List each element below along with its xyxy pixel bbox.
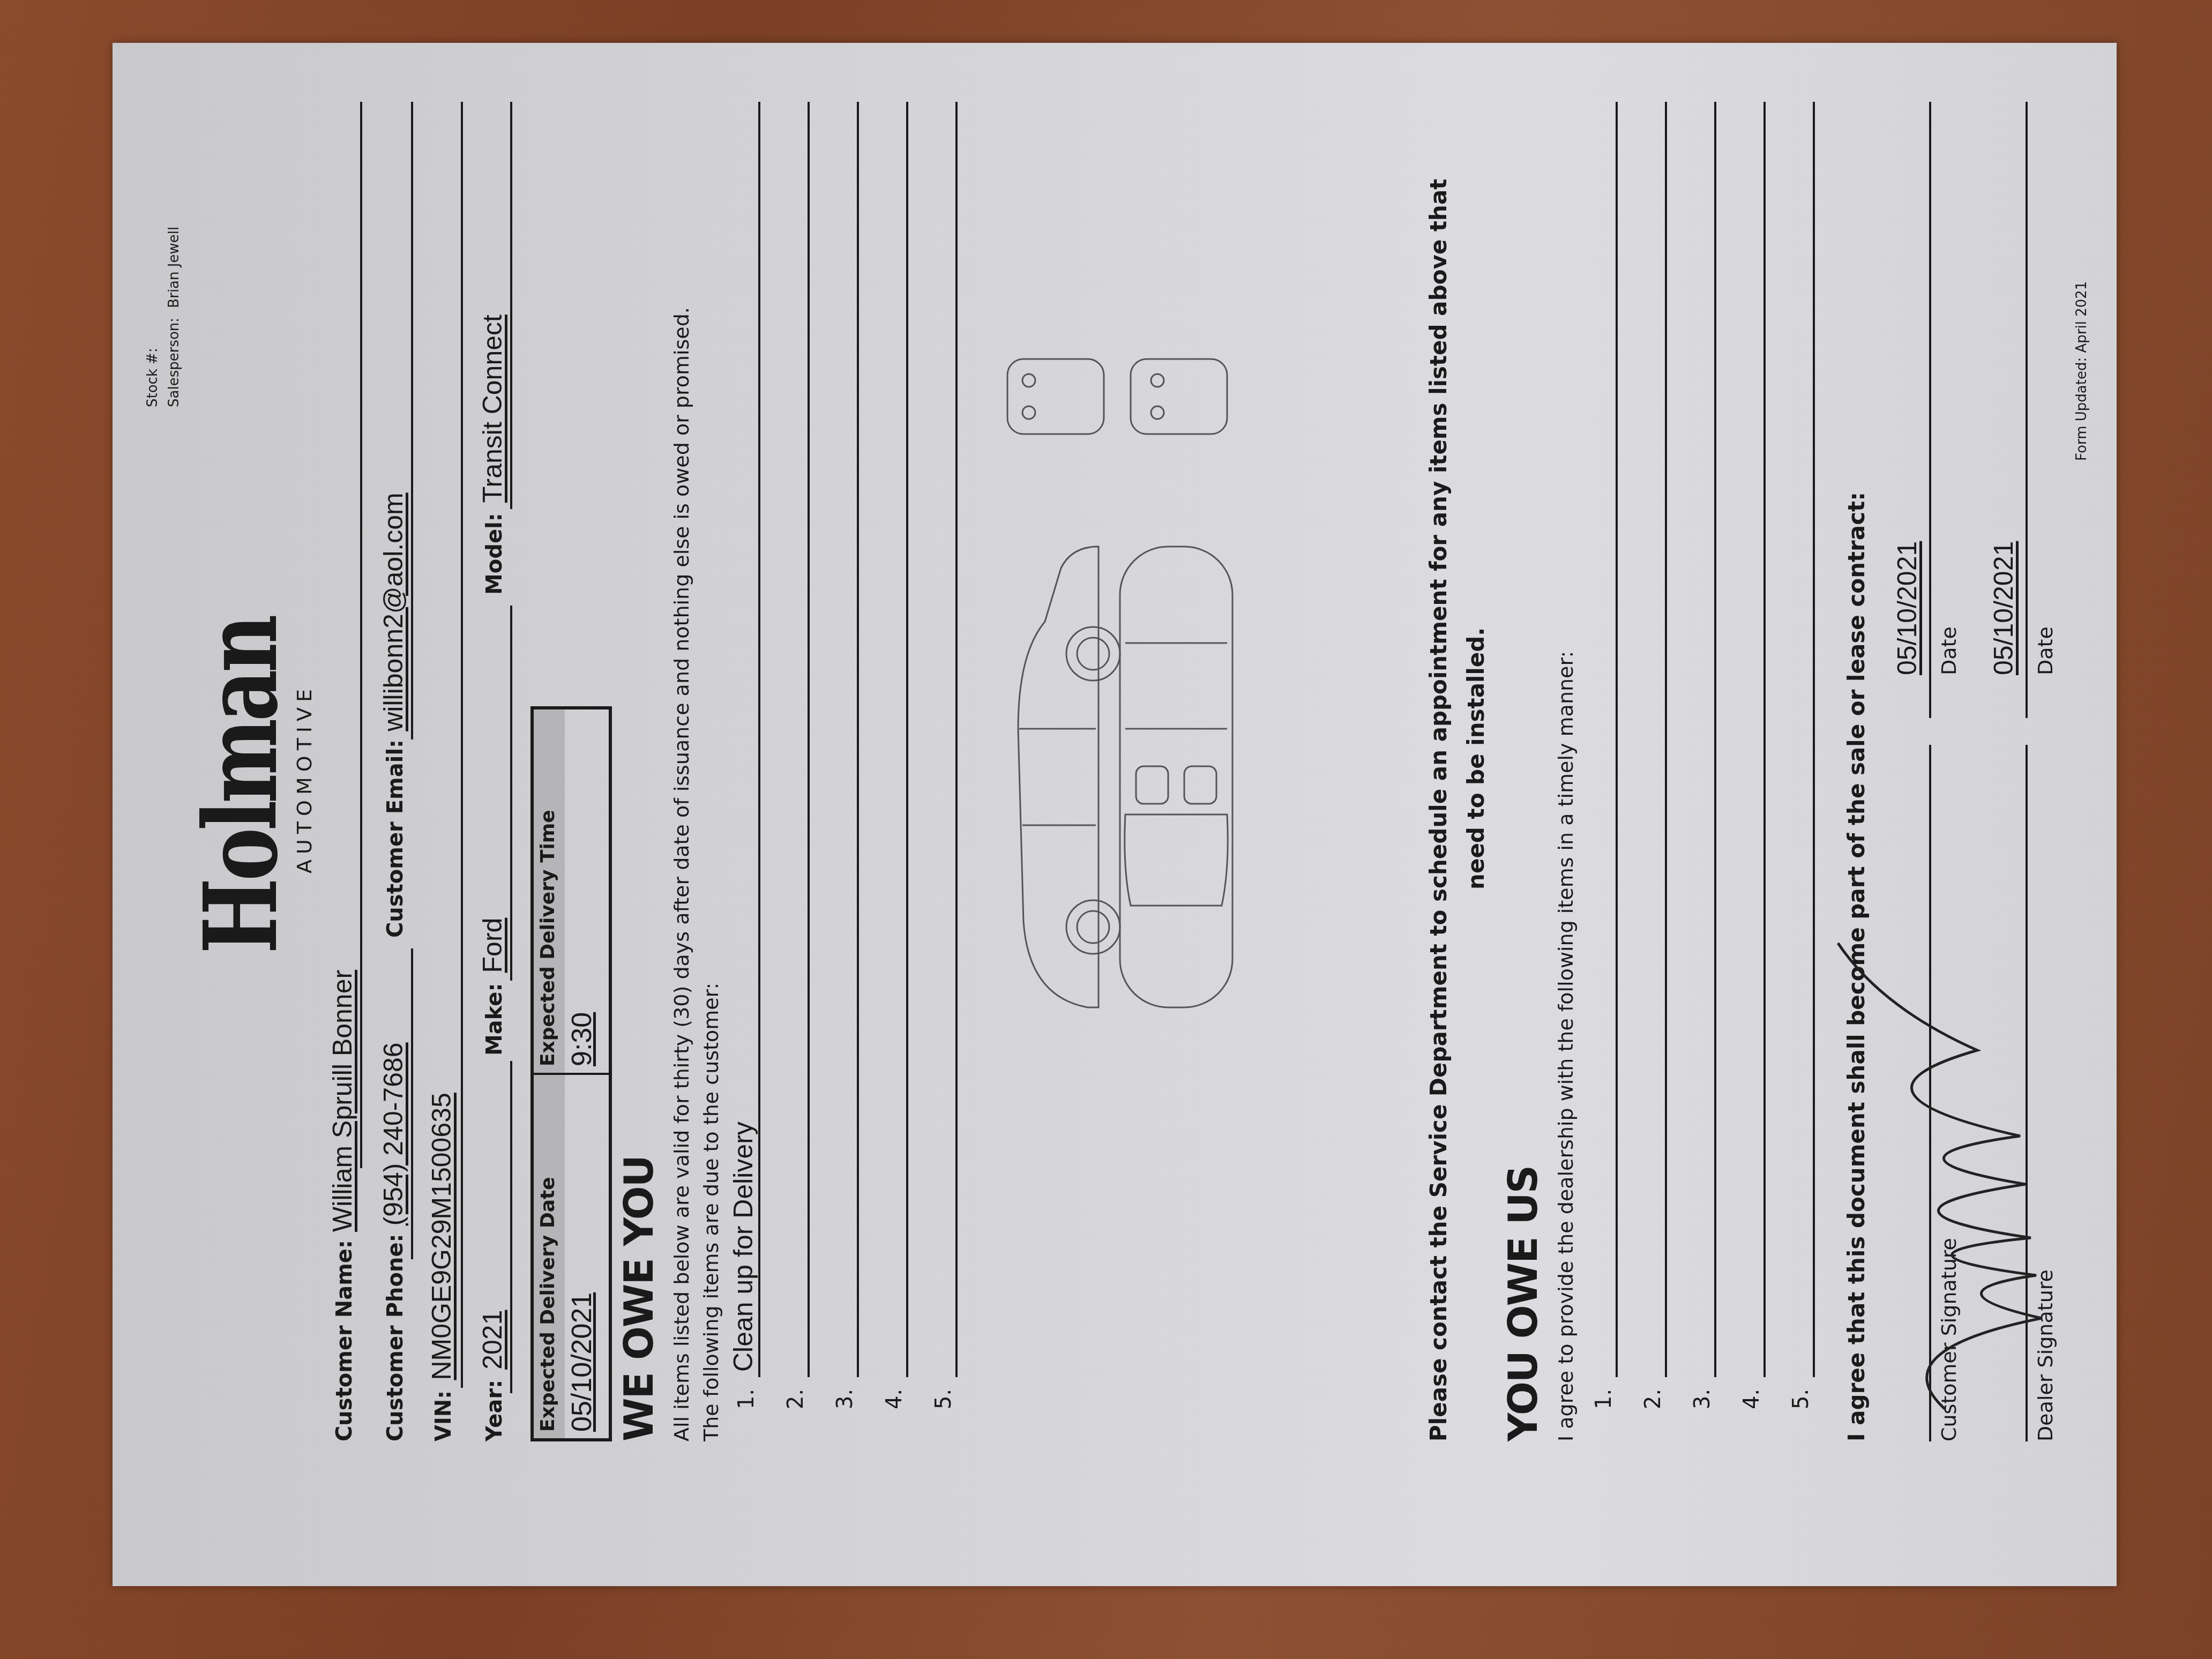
model-label: Model: (482, 513, 507, 595)
you-owe-us-item-number: 4. (1739, 1389, 1764, 1409)
vin-label: VIN: (431, 1391, 456, 1441)
delivery-form: Stock #: Salesperson: Brian Jewell Holma… (113, 43, 2117, 1586)
vin-line (461, 102, 463, 1388)
you-owe-us-item-line (1616, 102, 1618, 1377)
vehicle-front-rear-icon (997, 348, 1249, 445)
salesperson-field: Salesperson: Brian Jewell (166, 227, 182, 407)
model-line (510, 102, 512, 509)
customer-name-line (360, 102, 362, 1168)
customer-name-label: Customer Name: (332, 1240, 357, 1441)
we-owe-you-heading: WE OWE YOU (616, 1156, 662, 1441)
holman-logo: Holman AUTOMOTIVE (182, 617, 316, 954)
stock-number-label: Stock #: (145, 348, 161, 407)
we-owe-you-item-number: 3. (833, 1389, 857, 1409)
customer-phone-row: Customer Phone: (954) 240-7686 (378, 1042, 409, 1441)
you-owe-us-heading: YOU OWE US (1500, 1166, 1546, 1441)
customer-phone-line (411, 948, 413, 1259)
logo-wordmark: Holman (182, 617, 300, 954)
form-updated-note: Form Updated: April 2021 (2074, 281, 2090, 461)
you-owe-us-item-number: 5. (1789, 1389, 1813, 1409)
vehicle-damage-diagram (997, 493, 1249, 1029)
you-owe-us-intro: I agree to provide the dealership with t… (1554, 651, 1578, 1441)
delivery-date-header: Expected Delivery Date (534, 1075, 565, 1438)
vin-row: VIN: NM0GE9G29M1500635 (426, 1093, 457, 1441)
delivery-time-value[interactable]: 9:30 (565, 709, 599, 1073)
we-owe-you-item-line (758, 102, 760, 1377)
delivery-date-value[interactable]: 05/10/2021 (565, 1075, 599, 1438)
customer-name-value[interactable]: William Spruill Bonner (327, 970, 357, 1232)
we-owe-you-item-number: 5. (931, 1389, 956, 1409)
customer-name-row: Customer Name: William Spruill Bonner (327, 102, 358, 1441)
make-label: Make: (482, 983, 507, 1056)
dealer-date-value[interactable]: 05/10/2021 (1988, 541, 2019, 675)
delivery-date-cell: Expected Delivery Date 05/10/2021 (534, 1073, 609, 1438)
we-owe-you-item-number: 2. (783, 1389, 808, 1409)
make-row: Make: Ford (477, 918, 508, 1056)
service-notice-line1: Please contact the Service Department to… (1425, 48, 1452, 1441)
customer-signature-scribble[interactable] (1817, 932, 2063, 1415)
make-line (510, 606, 512, 981)
year-row: Year: 2021 (477, 1310, 508, 1441)
dealer-date-label: Date (2034, 626, 2057, 675)
vin-value[interactable]: NM0GE9G29M1500635 (427, 1093, 457, 1380)
service-notice-line2: need to be installed. (1463, 627, 1489, 890)
model-row: Model: Transit Connect (477, 315, 508, 595)
you-owe-us-item-number: 1. (1591, 1389, 1616, 1409)
customer-email-row: Customer Email: willibonn2@aol.com (378, 492, 409, 938)
delivery-time-cell: Expected Delivery Time 9:30 (534, 709, 609, 1073)
year-line (510, 1061, 512, 1393)
we-owe-you-validity-text: All items listed below are valid for thi… (670, 75, 693, 1441)
delivery-time-header: Expected Delivery Time (534, 709, 565, 1073)
customer-phone-label: Customer Phone: (383, 1234, 408, 1441)
customer-email-value[interactable]: willibonn2@aol.com (378, 492, 408, 731)
dealer-date-line (2026, 102, 2028, 718)
vehicle-diagram-icon (997, 493, 1249, 1029)
delivery-schedule-box: Expected Delivery Date 05/10/2021 Expect… (530, 706, 612, 1441)
we-owe-you-item-line (857, 102, 859, 1377)
you-owe-us-item-number: 2. (1641, 1389, 1665, 1409)
we-owe-you-item-number: 1. (734, 1389, 759, 1409)
customer-email-line (411, 102, 413, 739)
customer-date-label: Date (1937, 626, 1961, 675)
you-owe-us-item-line (1813, 102, 1815, 1377)
vehicle-end-views (997, 348, 1249, 445)
we-owe-you-item-text[interactable]: Clean up for Delivery (728, 1122, 759, 1372)
make-value[interactable]: Ford (477, 918, 507, 973)
you-owe-us-item-line (1714, 102, 1716, 1377)
customer-date-value[interactable]: 05/10/2021 (1892, 541, 1923, 675)
we-owe-you-item-line (955, 102, 958, 1377)
you-owe-us-item-number: 3. (1690, 1389, 1715, 1409)
you-owe-us-item-line (1763, 102, 1766, 1377)
customer-phone-value[interactable]: (954) 240-7686 (378, 1042, 408, 1225)
we-owe-you-item-line (808, 102, 810, 1377)
year-value[interactable]: 2021 (477, 1310, 507, 1370)
customer-email-label: Customer Email: (383, 739, 408, 938)
we-owe-you-item-number: 4. (882, 1389, 907, 1409)
year-label: Year: (482, 1380, 507, 1441)
we-owe-you-intro: The following items are due to the custo… (699, 983, 723, 1441)
you-owe-us-item-line (1665, 102, 1667, 1377)
we-owe-you-item-line (906, 102, 908, 1377)
salesperson-value: Brian Jewell (166, 227, 182, 308)
customer-date-line (1929, 102, 1931, 718)
model-value[interactable]: Transit Connect (477, 315, 507, 503)
paper-sheet: Stock #: Salesperson: Brian Jewell Holma… (113, 43, 2117, 1586)
salesperson-label: Salesperson: (166, 318, 182, 407)
